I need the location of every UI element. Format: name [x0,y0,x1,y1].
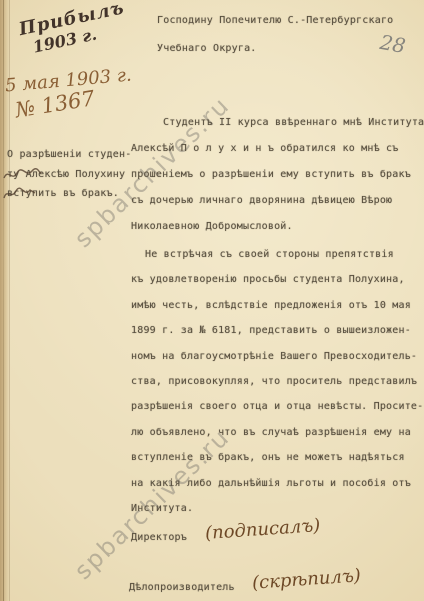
body-line: лю объявлено, что въ случаѣ разрѣшенія е… [131,427,423,452]
body-line: къ удовлетворенію просьбы студента Полух… [131,274,423,299]
body-line: номъ на благоусмотрѣніе Вашего Превосход… [131,351,423,376]
director-title: Директоръ [131,532,187,543]
body-line: 1899 г. за № 6181, представить о вышеизл… [131,325,423,350]
addressee-line-2: Учебнаго Округа. [157,43,257,54]
clerk-signature-row: Дѣлопроизводитель (скрѣпилъ) [129,574,361,595]
body-paragraph-1: Студентъ II курса ввѣреннаго мнѣ Институ… [131,117,424,247]
scanned-document-page: spbarchives.ru spbarchives.ru Прибылъ 19… [0,0,424,601]
addressee-line-1: Господину Попечителю С.-Петербургскаго [157,15,393,26]
body-line: на какія либо дальнѣйшія льготы и пособі… [131,478,423,503]
body-line: ства, присовокупляя, что проситель предс… [131,376,423,401]
body-line: прошеніемъ о разрѣшеніи ему вступить въ … [131,169,424,195]
body-line: Николаевною Добромысловой. [131,221,424,247]
page-edge-crease [3,0,4,601]
clerk-title: Дѣлопроизводитель [129,582,235,593]
handwritten-received-note: Прибылъ 1903 г. [17,0,130,59]
body-line: Студентъ II курса ввѣреннаго мнѣ Институ… [131,117,424,143]
handwritten-scribble [2,166,42,184]
director-signature-row: Директоръ (подписалъ) [131,524,320,545]
body-line: имѣю честь, вслѣдствіе предложенія отъ 1… [131,300,423,325]
body-line: съ дочерью личнаго дворянина дѣвицею Вѣр… [131,195,424,221]
page-number: 28 [378,30,407,58]
body-paragraph-2: Не встрѣчая съ своей стороны препятствія… [131,249,423,528]
body-line: вступленіе въ бракъ, онъ не можетъ надѣя… [131,452,423,477]
handwritten-scribble [2,185,36,203]
handwritten-register-note: 5 мая 1903 г. № 1367 [4,65,134,121]
body-line: Не встрѣчая съ своей стороны препятствія [131,249,423,274]
clerk-handwritten-note: (скрѣпилъ) [252,565,362,594]
body-line: Алексѣй П о л у х и н ъ обратился ко мнѣ… [131,143,424,169]
body-line: разрѣшенія своего отца и отца невѣсты. П… [131,401,423,426]
